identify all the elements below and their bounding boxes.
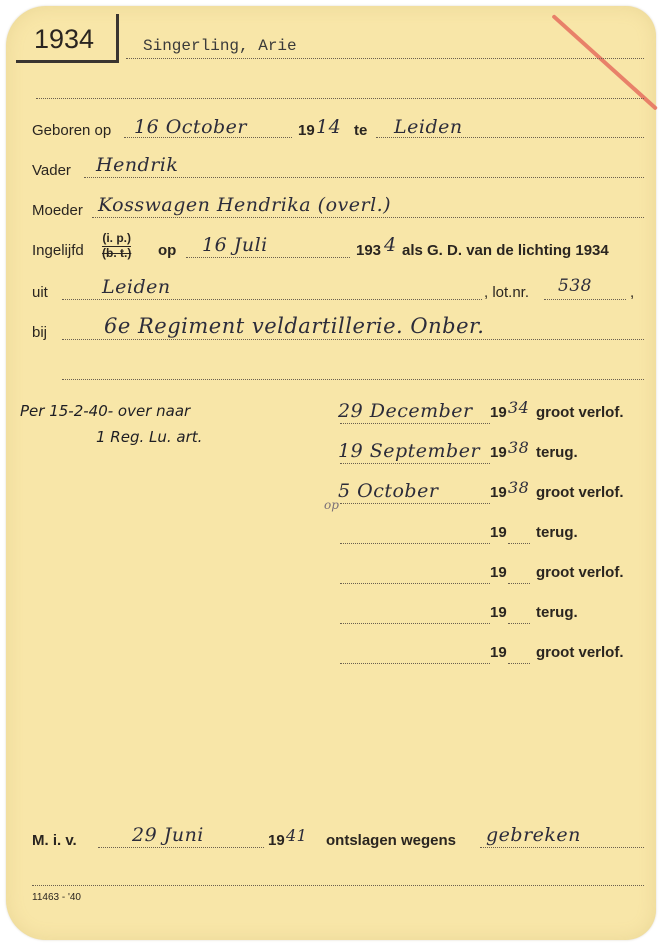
discharge-label: M. i. v. xyxy=(32,832,77,849)
born-date: 16 October xyxy=(134,116,247,138)
father-name: Hendrik xyxy=(96,154,178,176)
discharge-year-suffix: 41 xyxy=(286,826,307,845)
enlisted-year-suffix: 4 xyxy=(384,234,397,256)
mother-line xyxy=(92,217,644,218)
leave-year-prefix: 19 xyxy=(490,444,507,461)
enlisted-type-ip: (i. p.) xyxy=(102,232,131,247)
name-line xyxy=(126,58,644,59)
born-year-suffix: 14 xyxy=(316,116,341,138)
born-date-line xyxy=(124,137,292,138)
card-year: 1934 xyxy=(34,24,94,55)
blank-line xyxy=(36,98,644,99)
enlisted-op-label: op xyxy=(158,242,176,259)
leave-status: groot verlof. xyxy=(536,404,624,421)
leave-status: groot verlof. xyxy=(536,644,624,661)
from-place: Leiden xyxy=(102,276,171,298)
enlisted-year-prefix: 193 xyxy=(356,242,381,259)
enlisted-label: Ingelijfd xyxy=(32,242,84,259)
leave-date: 29 December xyxy=(338,400,473,422)
unit-label: bij xyxy=(32,324,47,341)
born-place-line xyxy=(376,137,644,138)
unit-line xyxy=(62,339,644,340)
leave-year-prefix: 19 xyxy=(490,604,507,621)
from-label: uit xyxy=(32,284,48,301)
red-pencil-mark xyxy=(551,14,658,111)
unit-name: 6e Regiment veldartillerie. Onber. xyxy=(104,314,484,338)
born-label: Geboren op xyxy=(32,122,111,139)
person-name: Singerling, Arie xyxy=(143,37,297,55)
pencil-mark-op: op xyxy=(324,498,339,512)
discharge-year-prefix: 19 xyxy=(268,832,285,849)
born-te-label: te xyxy=(354,122,367,139)
registration-card: 1934 Singerling, Arie Geboren op 16 Octo… xyxy=(6,6,656,940)
father-line xyxy=(84,177,644,178)
leave-date: 5 October xyxy=(338,480,438,502)
leave-year-prefix: 19 xyxy=(490,564,507,581)
discharge-reason: gebreken xyxy=(486,824,581,846)
leave-status: terug. xyxy=(536,604,578,621)
father-label: Vader xyxy=(32,162,71,179)
mother-name: Kosswagen Hendrika (overl.) xyxy=(98,194,391,216)
leave-status: terug. xyxy=(536,524,578,541)
leave-year-prefix: 19 xyxy=(490,524,507,541)
leave-status: groot verlof. xyxy=(536,484,624,501)
enlisted-lichting-text: als G. D. van de lichting 1934 xyxy=(402,242,609,259)
leave-year-line xyxy=(508,583,530,584)
leave-date-line xyxy=(340,463,490,464)
lot-trailing-comma: , xyxy=(630,284,634,301)
leave-year-suffix: 38 xyxy=(508,438,529,457)
born-place: Leiden xyxy=(394,116,463,138)
leave-year-suffix: 38 xyxy=(508,478,529,497)
leave-year-line xyxy=(508,623,530,624)
from-line xyxy=(62,299,482,300)
leave-status: groot verlof. xyxy=(536,564,624,581)
mother-label: Moeder xyxy=(32,202,83,219)
enlisted-date: 16 Juli xyxy=(202,234,268,256)
discharge-reason-label: ontslagen wegens xyxy=(326,832,456,849)
born-year-prefix: 19 xyxy=(298,122,315,139)
leave-year-suffix: 34 xyxy=(508,398,529,417)
leave-year-prefix: 19 xyxy=(490,484,507,501)
leave-date-line xyxy=(340,543,490,544)
leave-date-line xyxy=(340,663,490,664)
form-number: 11463 - '40 xyxy=(32,892,81,903)
discharge-date-line xyxy=(98,847,264,848)
discharge-reason-line xyxy=(480,847,644,848)
lot-number: 538 xyxy=(558,276,592,296)
leave-date-line xyxy=(340,623,490,624)
enlisted-date-line xyxy=(186,257,350,258)
blank-line-2 xyxy=(62,379,644,380)
leave-status: terug. xyxy=(536,444,578,461)
discharge-date: 29 Juni xyxy=(132,824,204,846)
transfer-note-line1: Per 15-2-40- over naar xyxy=(20,402,190,420)
leave-year-line xyxy=(508,663,530,664)
leave-year-prefix: 19 xyxy=(490,404,507,421)
enlisted-type-bt: (b. t.) xyxy=(102,247,131,260)
transfer-note-line2: 1 Reg. Lu. art. xyxy=(96,428,202,446)
footer-line xyxy=(32,885,644,886)
leave-date: 19 September xyxy=(338,440,480,462)
leave-date-line xyxy=(340,423,490,424)
leave-year-line xyxy=(508,543,530,544)
leave-date-line xyxy=(340,503,490,504)
leave-year-prefix: 19 xyxy=(490,644,507,661)
lot-label: , lot.nr. xyxy=(484,284,529,301)
leave-date-line xyxy=(340,583,490,584)
lot-line xyxy=(544,299,626,300)
enlisted-type-fraction: (i. p.) (b. t.) xyxy=(102,232,131,260)
